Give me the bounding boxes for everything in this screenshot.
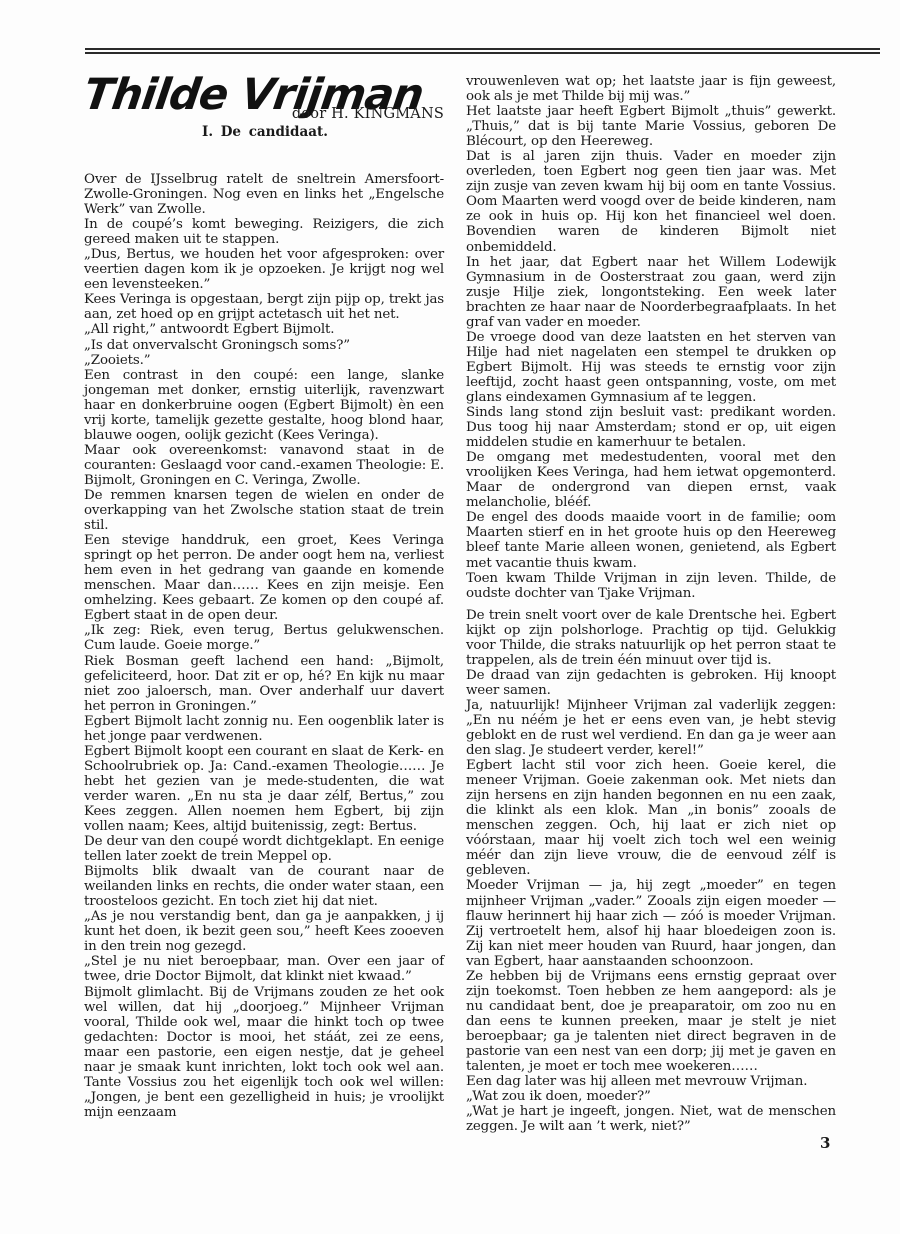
- paragraph: Egbert Bijmolt koopt een courant en slaa…: [84, 744, 444, 834]
- chapter-heading: I. De candidaat.: [202, 124, 328, 140]
- paragraph: Een contrast in den coupé: een lange, sl…: [84, 368, 444, 443]
- paragraph: Bijmolt glimlacht. Bij de Vrijmans zoude…: [84, 985, 444, 1120]
- paragraph: Ja, natuurlijk! Mijnheer Vrijman zal vad…: [466, 698, 836, 758]
- paragraph: Dat is al jaren zijn thuis. Vader en moe…: [466, 149, 836, 254]
- paragraph: vrouwenleven wat op; het laatste jaar is…: [466, 74, 836, 104]
- paragraph: Riek Bosman geeft lachend een hand: „Bij…: [84, 654, 444, 714]
- header-rule-top: [85, 48, 880, 50]
- paragraph: „As je nou verstandig bent, dan ga je aa…: [84, 909, 444, 954]
- header-rule-bottom: [85, 52, 880, 54]
- paragraph: Over de IJsselbrug ratelt de sneltrein A…: [84, 172, 444, 217]
- paragraph: Een dag later was hij alleen met mevrouw…: [466, 1074, 836, 1089]
- paragraph: Egbert Bijmolt lacht zonnig nu. Een ooge…: [84, 714, 444, 744]
- paragraph: Egbert lacht stil voor zich heen. Goeie …: [466, 758, 836, 878]
- paragraph: De engel des doods maaide voort in de fa…: [466, 510, 836, 570]
- paragraph: Een stevige handdruk, een groet, Kees Ve…: [84, 533, 444, 623]
- paragraph: Sinds lang stond zijn besluit vast: pred…: [466, 405, 836, 450]
- page-number: 3: [820, 1134, 830, 1152]
- paragraph: „All right,” antwoordt Egbert Bijmolt.: [84, 322, 444, 337]
- paragraph: Het laatste jaar heeft Egbert Bijmolt „t…: [466, 104, 836, 149]
- paragraph: De omgang met medestudenten, vooral met …: [466, 450, 836, 510]
- paragraph: „Stel je nu niet beroepbaar, man. Over e…: [84, 954, 444, 984]
- paragraph: „Wat zou ik doen, moeder?”: [466, 1089, 836, 1104]
- paragraph: De deur van den coupé wordt dichtgeklapt…: [84, 834, 444, 864]
- magazine-page: Thilde Vrijman door H. KINGMANS I. De ca…: [0, 0, 900, 1234]
- paragraph: „Wat je hart je ingeeft, jongen. Niet, w…: [466, 1104, 836, 1134]
- paragraph: „Dus, Bertus, we houden het voor afgespr…: [84, 247, 444, 292]
- right-column: vrouwenleven wat op; het laatste jaar is…: [466, 74, 836, 1134]
- paragraph: Kees Veringa is opgestaan, bergt zijn pi…: [84, 292, 444, 322]
- paragraph: Maar ook overeenkomst: vanavond staat in…: [84, 443, 444, 488]
- left-column: Over de IJsselbrug ratelt de sneltrein A…: [84, 172, 444, 1120]
- paragraph: De trein snelt voort over de kale Drents…: [466, 608, 836, 668]
- paragraph: Moeder Vrijman — ja, hij zegt „moeder” e…: [466, 878, 836, 968]
- paragraph: De vroege dood van deze laatsten en het …: [466, 330, 836, 405]
- paragraph: Bijmolts blik dwaalt van de courant naar…: [84, 864, 444, 909]
- paragraph: De remmen knarsen tegen de wielen en ond…: [84, 488, 444, 533]
- paragraph: „Is dat onvervalscht Groningsch soms?”: [84, 338, 444, 353]
- paragraph: Toen kwam Thilde Vrijman in zijn leven. …: [466, 571, 836, 601]
- paragraph: „Zooiets.”: [84, 353, 444, 368]
- paragraph: In het jaar, dat Egbert naar het Willem …: [466, 255, 836, 330]
- paragraph: In de coupé’s komt beweging. Reizigers, …: [84, 217, 444, 247]
- paragraph: De draad van zijn gedachten is gebroken.…: [466, 668, 836, 698]
- author-byline: door H. KINGMANS: [254, 106, 444, 122]
- paragraph: Ze hebben bij de Vrijmans eens ernstig g…: [466, 969, 836, 1074]
- paragraph: „Ik zeg: Riek, even terug, Bertus gelukw…: [84, 623, 444, 653]
